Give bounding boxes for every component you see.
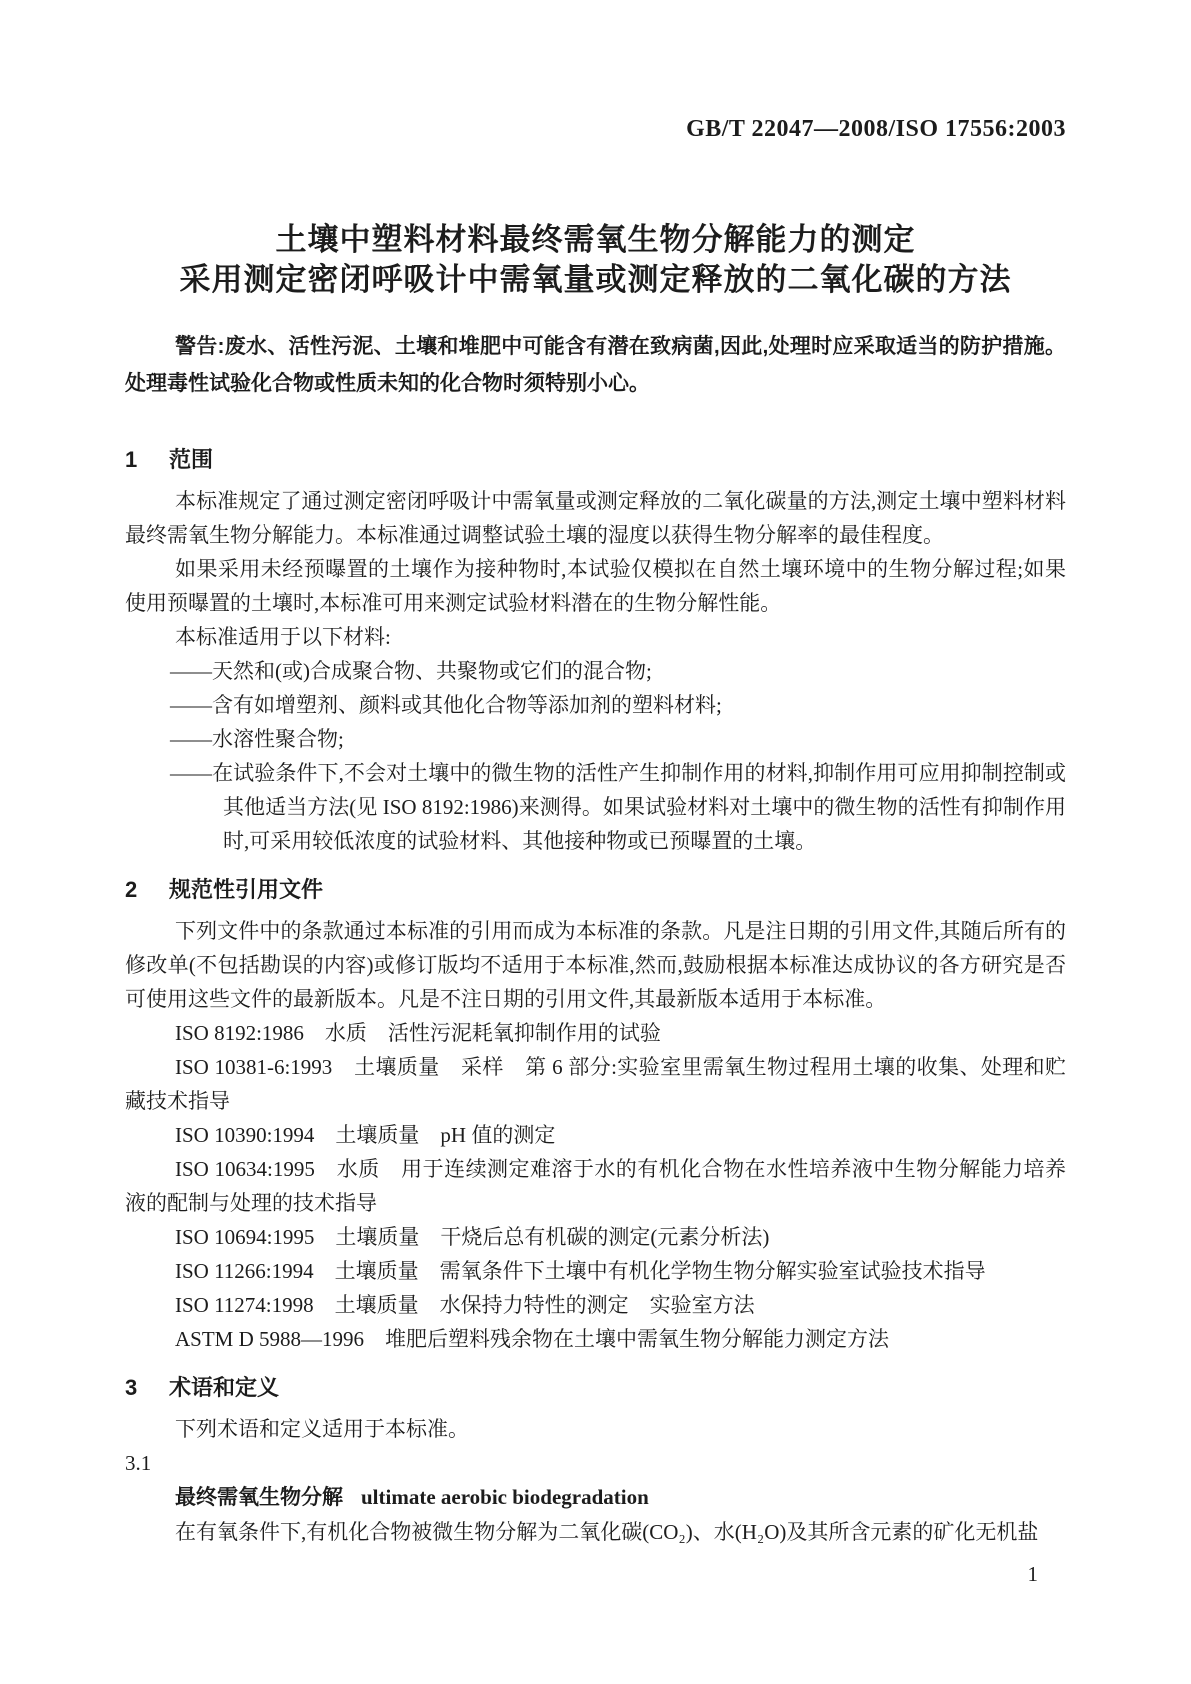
- normative-reference: ISO 10634:1995 水质 用于连续测定难溶于水的有机化合物在水性培养液…: [125, 1152, 1066, 1220]
- normative-reference: ASTM D 5988—1996 堆肥后塑料残余物在土壤中需氧生物分解能力测定方…: [125, 1322, 1066, 1356]
- section-1-title: 范围: [169, 447, 213, 472]
- term-english: ultimate aerobic biodegradation: [361, 1485, 649, 1509]
- normative-reference: ISO 11266:1994 土壤质量 需氧条件下土壤中有机化学物生物分解实验室…: [125, 1254, 1066, 1288]
- clause-number: 3.1: [125, 1446, 1066, 1480]
- normative-reference: ISO 8192:1986 水质 活性污泥耗氧抑制作用的试验: [125, 1016, 1066, 1050]
- section-3-title: 术语和定义: [169, 1375, 279, 1400]
- section-2-title: 规范性引用文件: [169, 877, 323, 902]
- section-1-paragraph: 如果采用未经预曝置的土壤作为接种物时,本试验仅模拟在自然土壤环境中的生物分解过程…: [125, 552, 1066, 620]
- document-page: GB/T 22047—2008/ISO 17556:2003 土壤中塑料材料最终…: [0, 0, 1191, 1684]
- section-3-paragraph: 下列术语和定义适用于本标准。: [125, 1412, 1066, 1446]
- term-chinese: 最终需氧生物分解: [175, 1486, 343, 1509]
- section-1-heading: 1范围: [125, 448, 1066, 472]
- section-3-number: 3: [125, 1376, 147, 1400]
- scope-list-item: ——含有如增塑剂、颜料或其他化合物等添加剂的塑料材料;: [125, 688, 1066, 722]
- scope-list-item: ——水溶性聚合物;: [125, 722, 1066, 756]
- scope-list-item: ——在试验条件下,不会对土壤中的微生物的活性产生抑制作用的材料,抑制作用可应用抑…: [125, 756, 1066, 858]
- page-number: 1: [125, 1559, 1066, 1589]
- normative-reference: ISO 10381-6:1993 土壤质量 采样 第 6 部分:实验室里需氧生物…: [125, 1050, 1066, 1118]
- normative-reference: ISO 11274:1998 土壤质量 水保持力特性的测定 实验室方法: [125, 1288, 1066, 1322]
- normative-reference: ISO 10694:1995 土壤质量 干烧后总有机碳的测定(元素分析法): [125, 1220, 1066, 1254]
- section-2-number: 2: [125, 878, 147, 902]
- section-1-paragraph: 本标准适用于以下材料:: [125, 620, 1066, 654]
- term-definition-text: 在有氧条件下,有机化合物被微生物分解为二氧化碳(CO₂)、水(H₂O)及其所含元…: [125, 1515, 1066, 1549]
- title-line-2: 采用测定密闭呼吸计中需氧量或测定释放的二氧化碳的方法: [125, 260, 1066, 300]
- document-title: 土壤中塑料材料最终需氧生物分解能力的测定 采用测定密闭呼吸计中需氧量或测定释放的…: [125, 220, 1066, 300]
- section-2-heading: 2规范性引用文件: [125, 878, 1066, 902]
- section-1-paragraph: 本标准规定了通过测定密闭呼吸计中需氧量或测定释放的二氧化碳量的方法,测定土壤中塑…: [125, 484, 1066, 552]
- term-definition-heading: 最终需氧生物分解ultimate aerobic biodegradation: [125, 1480, 1066, 1515]
- section-3-heading: 3术语和定义: [125, 1376, 1066, 1400]
- title-line-1: 土壤中塑料材料最终需氧生物分解能力的测定: [125, 220, 1066, 260]
- warning-paragraph: 警告:废水、活性污泥、土壤和堆肥中可能含有潜在致病菌,因此,处理时应采取适当的防…: [125, 328, 1066, 402]
- standard-code-header: GB/T 22047—2008/ISO 17556:2003: [125, 116, 1066, 142]
- scope-list-item: ——天然和(或)合成聚合物、共聚物或它们的混合物;: [125, 654, 1066, 688]
- section-1-number: 1: [125, 448, 147, 472]
- section-2-paragraph: 下列文件中的条款通过本标准的引用而成为本标准的条款。凡是注日期的引用文件,其随后…: [125, 914, 1066, 1016]
- normative-reference: ISO 10390:1994 土壤质量 pH 值的测定: [125, 1118, 1066, 1152]
